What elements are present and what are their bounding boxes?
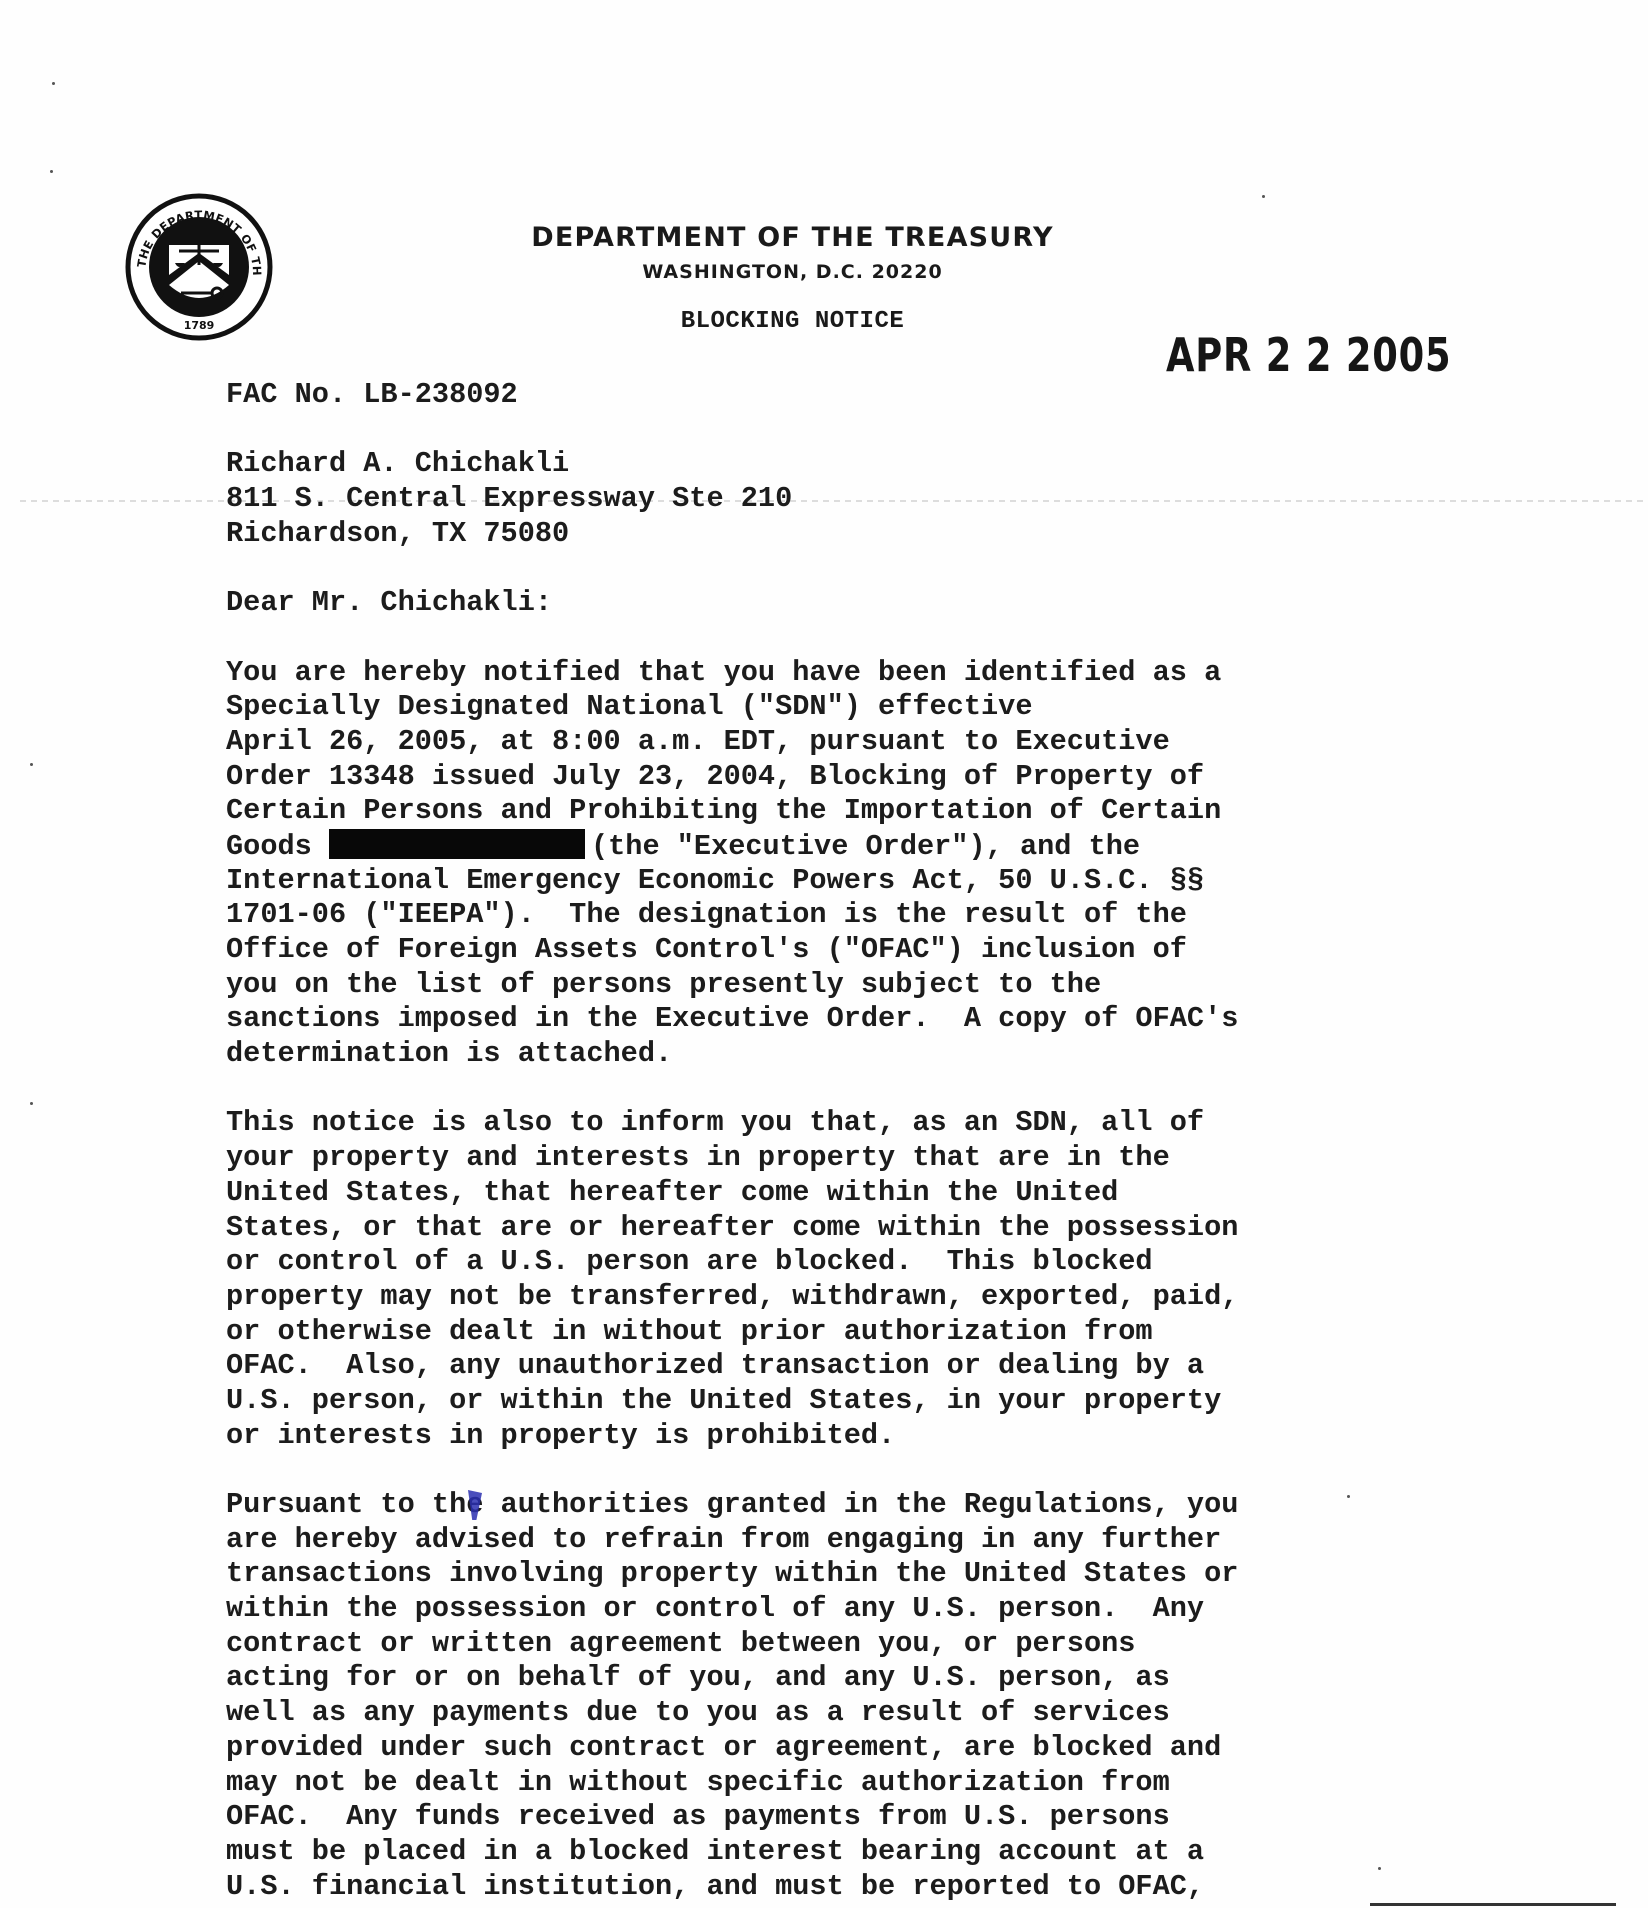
paragraph-line-redacted: Goods (the "Executive Order"), and the	[226, 829, 1406, 864]
paragraph-line: property may not be transferred, withdra…	[226, 1280, 1406, 1315]
reference-number: FAC No. LB-238092	[226, 378, 1406, 413]
paragraph-line: must be placed in a blocked interest bea…	[226, 1835, 1406, 1870]
paragraph-line: are hereby advised to refrain from engag…	[226, 1523, 1406, 1558]
paragraph-line: provided under such contract or agreemen…	[226, 1731, 1406, 1766]
paragraph-line: This notice is also to inform you that, …	[226, 1106, 1406, 1141]
paragraph-designation: You are hereby notified that you have be…	[226, 656, 1406, 1072]
paragraph-transactions: Pursuant to the authorities granted in t…	[226, 1488, 1406, 1904]
paragraph-line: or interests in property is prohibited.	[226, 1419, 1406, 1454]
paragraph-line: Certain Persons and Prohibiting the Impo…	[226, 794, 1406, 829]
paragraph-line: acting for or on behalf of you, and any …	[226, 1661, 1406, 1696]
paragraph-line: Pursuant to the authorities granted in t…	[226, 1488, 1406, 1523]
scan-speck	[52, 82, 55, 85]
notice-title: BLOCKING NOTICE	[440, 308, 1145, 335]
scan-speck	[30, 1102, 33, 1105]
paragraph-blocking: This notice is also to inform you that, …	[226, 1106, 1406, 1453]
paragraph-line: contract or written agreement between yo…	[226, 1627, 1406, 1662]
paragraph-line: 1701-06 ("IEEPA"). The designation is th…	[226, 898, 1406, 933]
paragraph-line: Office of Foreign Assets Control's ("OFA…	[226, 933, 1406, 968]
paragraph-line: Specially Designated National ("SDN") ef…	[226, 690, 1406, 725]
salutation: Dear Mr. Chichakli:	[226, 586, 1406, 621]
paragraph-line: well as any payments due to you as a res…	[226, 1696, 1406, 1731]
paragraph-line: within the possession or control of any …	[226, 1592, 1406, 1627]
paragraph-line: April 26, 2005, at 8:00 a.m. EDT, pursua…	[226, 725, 1406, 760]
redaction-bar	[329, 829, 585, 859]
paragraph-line: your property and interests in property …	[226, 1141, 1406, 1176]
recipient-address-line2: Richardson, TX 75080	[226, 517, 1406, 552]
paragraph-line: determination is attached.	[226, 1037, 1406, 1072]
recipient-name: Richard A. Chichakli	[226, 447, 1406, 482]
paragraph-line: or control of a U.S. person are blocked.…	[226, 1245, 1406, 1280]
paragraph-line: transactions involving property within t…	[226, 1557, 1406, 1592]
paragraph-line: sanctions imposed in the Executive Order…	[226, 1002, 1406, 1037]
paragraph-line: or otherwise dealt in without prior auth…	[226, 1315, 1406, 1350]
letter-body: FAC No. LB-238092 Richard A. Chichakli 8…	[226, 378, 1406, 1904]
document-page: THE DEPARTMENT OF THE TREASURY 1789 DEPA…	[0, 0, 1648, 1908]
paragraph-line: U.S. financial institution, and must be …	[226, 1870, 1406, 1905]
paragraph-line: States, or that are or hereafter come wi…	[226, 1211, 1406, 1246]
paragraph-line: You are hereby notified that you have be…	[226, 656, 1406, 691]
scan-speck	[50, 170, 53, 173]
scan-speck	[1262, 195, 1265, 198]
paragraph-line: U.S. person, or within the United States…	[226, 1384, 1406, 1419]
paragraph-line: may not be dealt in without specific aut…	[226, 1766, 1406, 1801]
paragraph-line: OFAC. Any funds received as payments fro…	[226, 1800, 1406, 1835]
scan-edge-line	[1370, 1903, 1616, 1906]
paragraph-line: Order 13348 issued July 23, 2004, Blocki…	[226, 760, 1406, 795]
department-address: WASHINGTON, D.C. 20220	[440, 261, 1145, 283]
paragraph-text: (the "Executive Order"), and the	[591, 830, 1140, 863]
scan-speck	[30, 763, 33, 766]
paragraph-text: Goods	[226, 830, 312, 863]
paragraph-line: United States, that hereafter come withi…	[226, 1176, 1406, 1211]
paragraph-line: OFAC. Also, any unauthorized transaction…	[226, 1349, 1406, 1384]
department-heading: DEPARTMENT OF THE TREASURY	[440, 222, 1145, 253]
paragraph-line: you on the list of persons presently sub…	[226, 968, 1406, 1003]
date-stamp: APR 2 2 2005	[1166, 328, 1451, 382]
recipient-address-line1: 811 S. Central Expressway Ste 210	[226, 482, 1406, 517]
svg-text:1789: 1789	[184, 319, 215, 332]
treasury-seal-icon: THE DEPARTMENT OF THE TREASURY 1789	[125, 193, 273, 341]
paragraph-line: International Emergency Economic Powers …	[226, 864, 1406, 899]
